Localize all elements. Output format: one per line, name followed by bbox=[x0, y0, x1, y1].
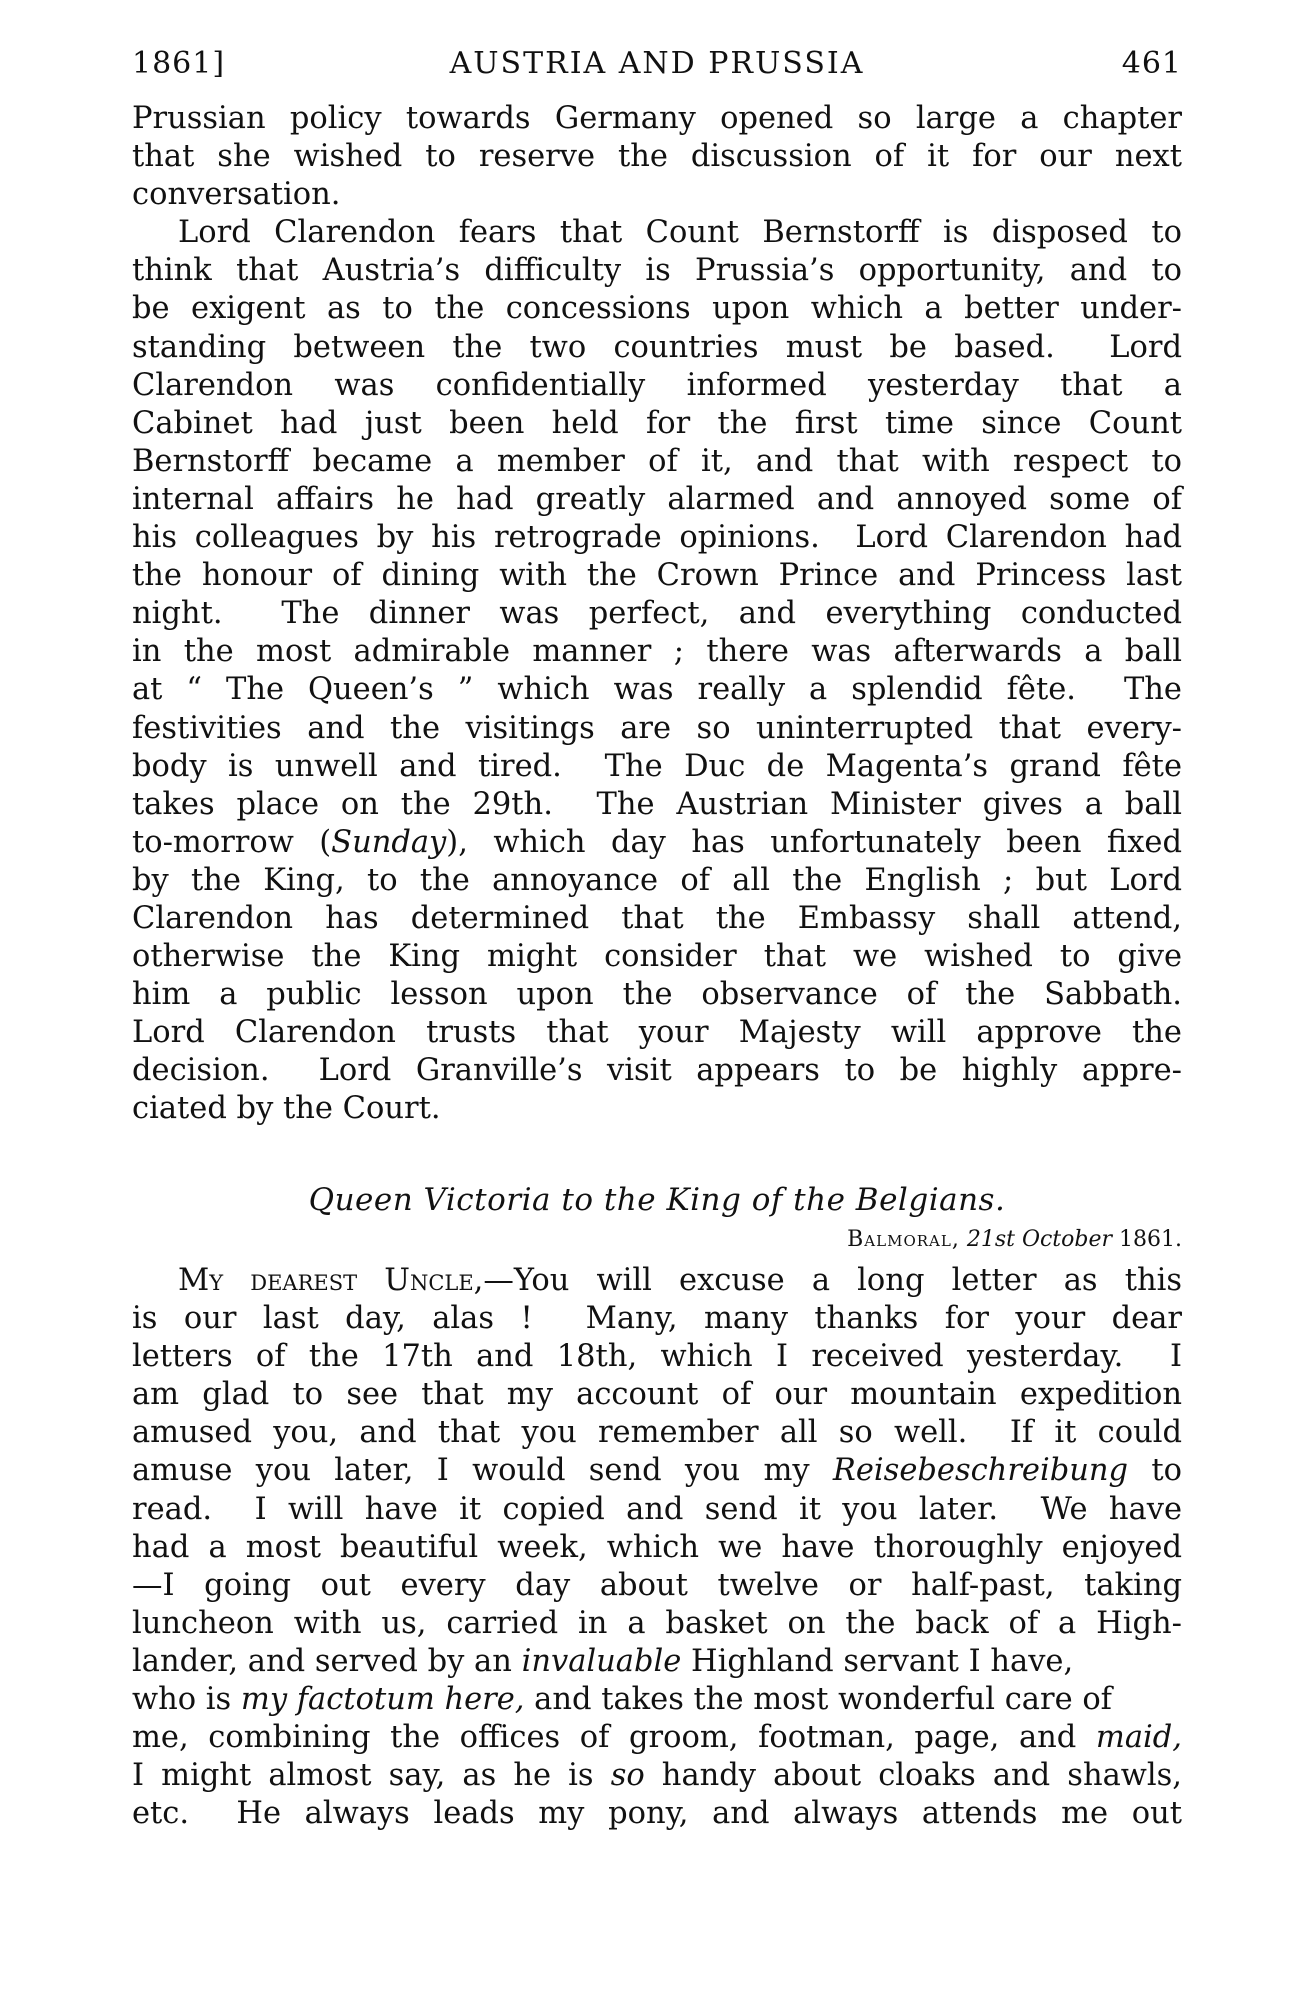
text-line: decision. Lord Granville’s visit appears… bbox=[132, 1052, 1182, 1090]
text-line: —I going out every day about twelve or h… bbox=[132, 1567, 1182, 1605]
text-run: to-morrow ( bbox=[132, 825, 331, 860]
text-line: night. The dinner was perfect, and every… bbox=[132, 595, 1182, 633]
text-line: at “ The Queen’s ” which was really a sp… bbox=[132, 671, 1182, 709]
text-run: amuse you later, I would send you my bbox=[132, 1453, 833, 1488]
text-line: amuse you later, I would send you my Rei… bbox=[132, 1452, 1182, 1490]
text-run: to bbox=[1128, 1453, 1182, 1488]
dateline-place: Balmoral, bbox=[847, 1227, 960, 1252]
text-line: Bernstorff became a member of it, and th… bbox=[132, 443, 1182, 481]
text-line: Cabinet had just been held for the first… bbox=[132, 405, 1182, 443]
book-page: 1861] AUSTRIA AND PRUSSIA 461 Prussian p… bbox=[0, 0, 1313, 2008]
letter-dateline: Balmoral, 21st October 1861. bbox=[847, 1225, 1182, 1255]
running-head: 1861] AUSTRIA AND PRUSSIA 461 bbox=[132, 44, 1182, 84]
text-line: who is my factotum here, and takes the m… bbox=[132, 1681, 1182, 1719]
text-line: internal affairs he had greatly alarmed … bbox=[132, 481, 1182, 519]
text-line: me, combining the offices of groom, foot… bbox=[132, 1719, 1182, 1757]
text-run: I might almost say, as he is bbox=[132, 1758, 611, 1793]
text-run: —You will excuse a long letter as this bbox=[483, 1263, 1182, 1298]
text-line: read. I will have it copied and send it … bbox=[132, 1491, 1182, 1529]
section1-paragraphs: Prussian policy towards Germany opened s… bbox=[132, 100, 1182, 1129]
text-line: is our last day, alas ! Many, many thank… bbox=[132, 1300, 1182, 1338]
salutation-line: My dearest Uncle,—You will excuse a long… bbox=[132, 1262, 1182, 1300]
text-line: amused you, and that you remember all so… bbox=[132, 1414, 1182, 1452]
text-line: am glad to see that my account of our mo… bbox=[132, 1376, 1182, 1414]
dateline-year: 1861. bbox=[1119, 1227, 1182, 1252]
letter-body: My dearest Uncle,—You will excuse a long… bbox=[132, 1262, 1182, 1833]
text-line: him a public lesson upon the observance … bbox=[132, 976, 1182, 1014]
dateline-month: October bbox=[1022, 1227, 1112, 1252]
italic-run: Sunday bbox=[331, 825, 446, 860]
text-run: me, combining the offices of groom, foot… bbox=[132, 1720, 1096, 1755]
text-line: be exigent as to the concessions upon wh… bbox=[132, 290, 1182, 328]
text-line: ciated by the Court. bbox=[132, 1090, 1182, 1128]
text-line: conversation. bbox=[132, 176, 1182, 214]
text-line: standing between the two countries must … bbox=[132, 329, 1182, 367]
text-line: takes place on the 29th. The Austrian Mi… bbox=[132, 786, 1182, 824]
text-line: luncheon with us, carried in a basket on… bbox=[132, 1605, 1182, 1643]
text-line: Clarendon was confidentially informed ye… bbox=[132, 367, 1182, 405]
italic-run: maid, bbox=[1096, 1720, 1182, 1755]
italic-run: Reisebeschreibung bbox=[833, 1453, 1128, 1488]
text-line: the honour of dining with the Crown Prin… bbox=[132, 557, 1182, 595]
italic-run: so bbox=[611, 1758, 645, 1793]
salutation: My dearest Uncle, bbox=[178, 1263, 483, 1298]
text-line: had a most beautiful week, which we have… bbox=[132, 1529, 1182, 1567]
text-line: his colleagues by his retrograde opinion… bbox=[132, 519, 1182, 557]
text-line: Prussian policy towards Germany opened s… bbox=[132, 100, 1182, 138]
dateline-day: 21st bbox=[967, 1227, 1015, 1252]
text-line: otherwise the King might consider that w… bbox=[132, 938, 1182, 976]
italic-run: invaluable bbox=[522, 1644, 682, 1679]
text-line: Lord Clarendon trusts that your Majesty … bbox=[132, 1014, 1182, 1052]
text-line: Clarendon has determined that the Embass… bbox=[132, 900, 1182, 938]
text-line: letters of the 17th and 18th, which I re… bbox=[132, 1338, 1182, 1376]
text-run: ), which day has unfortunately been fixe… bbox=[446, 825, 1182, 860]
text-run: and takes the most wonderful care of bbox=[524, 1682, 1111, 1717]
text-line: etc. He always leads my pony, and always… bbox=[132, 1795, 1182, 1833]
text-run: lander, and served by an bbox=[132, 1644, 522, 1679]
text-line: that she wished to reserve the discussio… bbox=[132, 138, 1182, 176]
italic-run: my factotum here, bbox=[241, 1682, 525, 1717]
text-line: festivities and the visitings are so uni… bbox=[132, 710, 1182, 748]
text-run: Highland servant I have, bbox=[681, 1644, 1073, 1679]
text-line: I might almost say, as he is so handy ab… bbox=[132, 1757, 1182, 1795]
text-line: lander, and served by an invaluable High… bbox=[132, 1643, 1182, 1681]
text-line: Lord Clarendon fears that Count Bernstor… bbox=[132, 214, 1182, 252]
text-line: to-morrow (Sunday), which day has unfort… bbox=[132, 824, 1182, 862]
running-head-title: AUSTRIA AND PRUSSIA bbox=[132, 44, 1182, 84]
text-line: body is unwell and tired. The Duc de Mag… bbox=[132, 748, 1182, 786]
text-line: in the most admirable manner ; there was… bbox=[132, 633, 1182, 671]
text-run: who is bbox=[132, 1682, 241, 1717]
letter-heading: Queen Victoria to the King of the Belgia… bbox=[132, 1180, 1182, 1220]
text-line: think that Austria’s difficulty is Pruss… bbox=[132, 252, 1182, 290]
page-number: 461 bbox=[1122, 44, 1182, 84]
text-line: by the King, to the annoyance of all the… bbox=[132, 862, 1182, 900]
text-run: handy about cloaks and shawls, bbox=[645, 1758, 1182, 1793]
